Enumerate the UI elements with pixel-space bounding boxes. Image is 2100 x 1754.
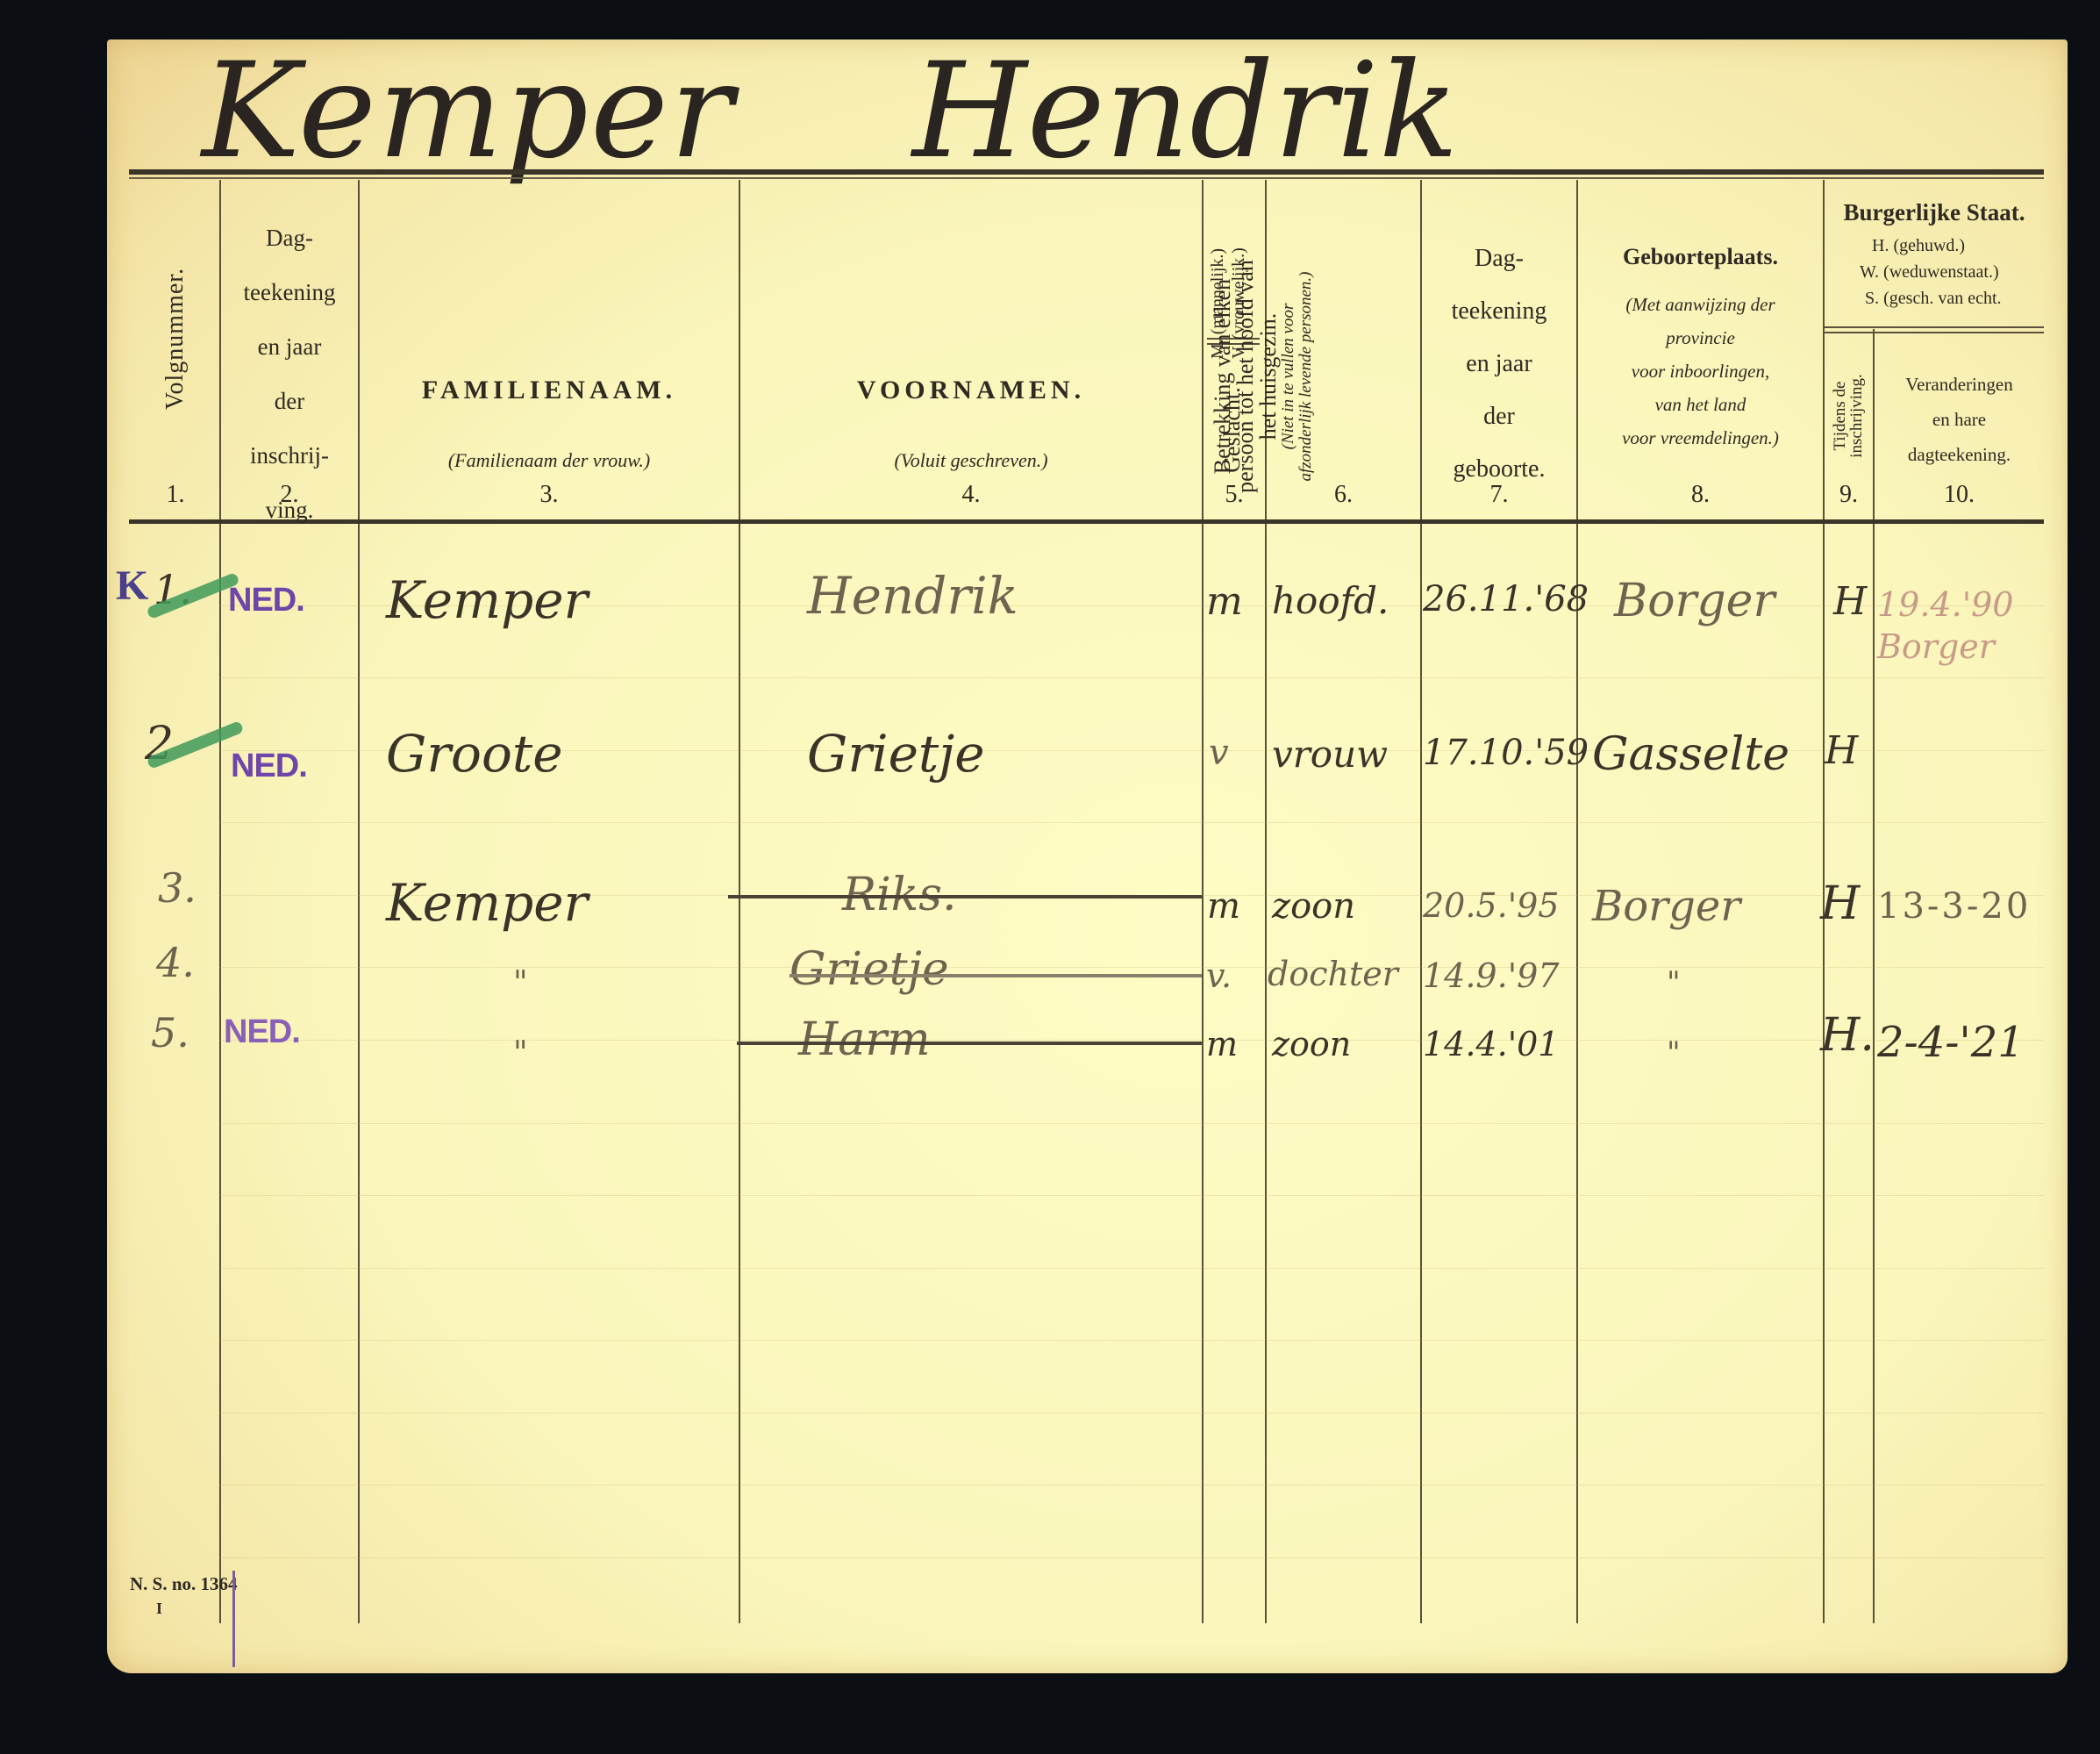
- header-line: der: [221, 374, 358, 428]
- row-betrekking: zoon: [1272, 1025, 1351, 1063]
- column-divider: [1202, 180, 1204, 1623]
- ned-stamp: NED.: [224, 1013, 300, 1051]
- row-voornamen: Hendrik: [807, 566, 1018, 626]
- form-code: N. S. no. 1364: [130, 1573, 238, 1595]
- ruled-line: [219, 1340, 2044, 1341]
- header-familienaam-sub: (Familienaam der vrouw.): [360, 449, 739, 472]
- row-volgnummer: 4.: [156, 939, 195, 986]
- row-voornamen: Harm: [798, 1013, 931, 1066]
- header-line: der: [1422, 390, 1576, 443]
- legend-s: S. (gesch. van echt.: [1860, 285, 2044, 311]
- staat-separator: [1825, 326, 2044, 328]
- card-title-firstname: Hendrik: [912, 46, 1459, 177]
- column-number: 2.: [221, 481, 358, 509]
- staat-separator: [1825, 332, 2044, 333]
- column-number: 5.: [1204, 481, 1265, 509]
- row-geboortedatum: 14.4.'01: [1423, 1025, 1560, 1063]
- header-line: en jaar: [1422, 338, 1576, 390]
- header-line: inschrijving.: [1848, 346, 1865, 486]
- ruled-line: [219, 677, 2044, 678]
- header-bottom-rule: [129, 519, 2044, 524]
- row-familienaam: Kemper: [386, 873, 588, 933]
- header-geboorteplaats-sub: (Met aanwijzing der provincie voor inboo…: [1578, 288, 1823, 455]
- header-line: en hare: [1875, 402, 2044, 437]
- row-betrekking: hoofd.: [1272, 579, 1389, 622]
- header-line: teekening: [1422, 285, 1576, 338]
- column-number: 6.: [1267, 481, 1420, 509]
- column-number: 4.: [740, 481, 1202, 509]
- row-geboortedatum: 17.10.'59: [1423, 733, 1589, 773]
- k-stamp: K: [116, 562, 148, 610]
- row-familienaam: Kemper: [386, 570, 588, 630]
- row-staat-tijdens: H.: [1820, 1009, 1875, 1062]
- legend-w: W. (weduwenstaat.): [1860, 259, 2044, 285]
- header-geboorteplaats: Geboorteplaats.: [1578, 244, 1823, 270]
- header-voornamen-sub: (Voluit geschreven.): [740, 449, 1202, 472]
- row-geboorteplaats: ": [1667, 1035, 1681, 1070]
- ruled-line: [219, 967, 2044, 968]
- header-line: en jaar: [221, 319, 358, 374]
- header-dagteekening-geboorte: Dag- teekening en jaar der geboorte.: [1422, 233, 1576, 496]
- row-veranderingen: 13-3-20: [1877, 886, 2031, 927]
- strikethrough-line: [737, 1042, 1202, 1045]
- header-line: Dag-: [221, 211, 358, 265]
- row-geslacht: m: [1207, 886, 1240, 927]
- top-rule: [129, 169, 2044, 175]
- row-veranderingen: 2-4-'21: [1877, 1018, 2025, 1067]
- header-line: Veranderingen: [1875, 367, 2044, 402]
- column-number: 10.: [1875, 481, 2044, 509]
- column-number: 1.: [132, 481, 219, 509]
- row-familienaam: ": [513, 1035, 528, 1071]
- row-geboorteplaats: Borger: [1614, 575, 1775, 627]
- ned-stamp: NED.: [228, 582, 304, 619]
- register-card: [107, 39, 2068, 1673]
- row-betrekking: zoon: [1272, 886, 1355, 927]
- card-title-surname: Kemper: [202, 46, 735, 177]
- purple-pencil-mark: [232, 1571, 235, 1667]
- header-line: voor inboorlingen,: [1578, 354, 1823, 388]
- row-volgnummer: 5.: [151, 1009, 189, 1056]
- strikethrough-line: [789, 974, 1202, 977]
- header-volgnummer: Volgnummer.: [161, 233, 189, 444]
- row-geboortedatum: 14.9.'97: [1423, 956, 1560, 995]
- ruled-line: [219, 1485, 2044, 1486]
- row-staat-tijdens: H: [1820, 877, 1860, 930]
- row-volgnummer: 3.: [158, 864, 196, 912]
- header-line: (Met aanwijzing der: [1578, 288, 1823, 321]
- header-line: van het land: [1578, 388, 1823, 421]
- header-voornamen: VOORNAMEN.: [740, 376, 1202, 405]
- header-tijdens-inschrijving: Tijdens de inschrijving.: [1832, 346, 1865, 486]
- row-staat-tijdens: H: [1825, 728, 1858, 773]
- row-veranderingen: 19.4.'90 Borger: [1877, 583, 2035, 668]
- header-line: provincie: [1578, 321, 1823, 354]
- column-number: 9.: [1825, 481, 1873, 509]
- row-geboortedatum: 20.5.'95: [1423, 886, 1560, 925]
- row-voornamen: Grietje: [789, 943, 949, 996]
- ruled-line: [219, 1040, 2044, 1041]
- header-line: dagteekening.: [1875, 437, 2044, 472]
- column-number: 7.: [1422, 481, 1576, 509]
- row-geboorteplaats: ": [1667, 965, 1681, 1000]
- row-betrekking: dochter: [1268, 955, 1398, 993]
- form-code-sub: I: [156, 1600, 162, 1618]
- row-voornamen: Grietje: [807, 724, 985, 784]
- row-geslacht: m: [1206, 1025, 1238, 1063]
- header-line: inschrij-: [221, 428, 358, 483]
- ruled-line: [219, 1195, 2044, 1196]
- header-line: Tijdens de: [1832, 346, 1848, 486]
- header-veranderingen: Veranderingen en hare dagteekening.: [1875, 367, 2044, 472]
- row-familienaam: Groote: [386, 724, 563, 784]
- header-burgerlijke-staat: Burgerlijke Staat.: [1825, 199, 2044, 226]
- ruled-line: [219, 1123, 2044, 1124]
- ruled-line: [219, 1413, 2044, 1414]
- header-staat-legend: H. (gehuwd.) W. (weduwenstaat.) S. (gesc…: [1833, 233, 2044, 311]
- row-geboorteplaats: Borger: [1592, 882, 1740, 931]
- row-geboortedatum: 26.11.'68: [1423, 579, 1589, 619]
- header-line: voor vreemdelingen.): [1578, 421, 1823, 455]
- row-geslacht: v: [1209, 733, 1229, 773]
- header-familienaam: FAMILIENAAM.: [360, 376, 739, 405]
- row-geslacht: m: [1206, 579, 1243, 624]
- column-number: 8.: [1578, 481, 1823, 509]
- column-number: 3.: [360, 481, 739, 509]
- strikethrough-line: [728, 895, 1202, 898]
- ruled-line: [219, 1557, 2044, 1558]
- ned-stamp: NED.: [231, 748, 307, 785]
- row-staat-tijdens: H: [1833, 579, 1867, 624]
- ruled-line: [219, 822, 2044, 823]
- row-betrekking: vrouw: [1272, 733, 1388, 776]
- header-line: teekening: [221, 265, 358, 319]
- legend-h: H. (gehuwd.): [1860, 233, 2044, 259]
- header-line: Dag-: [1422, 233, 1576, 285]
- row-familienaam: ": [513, 965, 528, 1001]
- top-rule-thin: [129, 177, 2044, 179]
- row-geboorteplaats: Gasselte: [1592, 728, 1789, 781]
- row-geslacht: v.: [1206, 956, 1232, 995]
- ruled-line: [219, 1268, 2044, 1269]
